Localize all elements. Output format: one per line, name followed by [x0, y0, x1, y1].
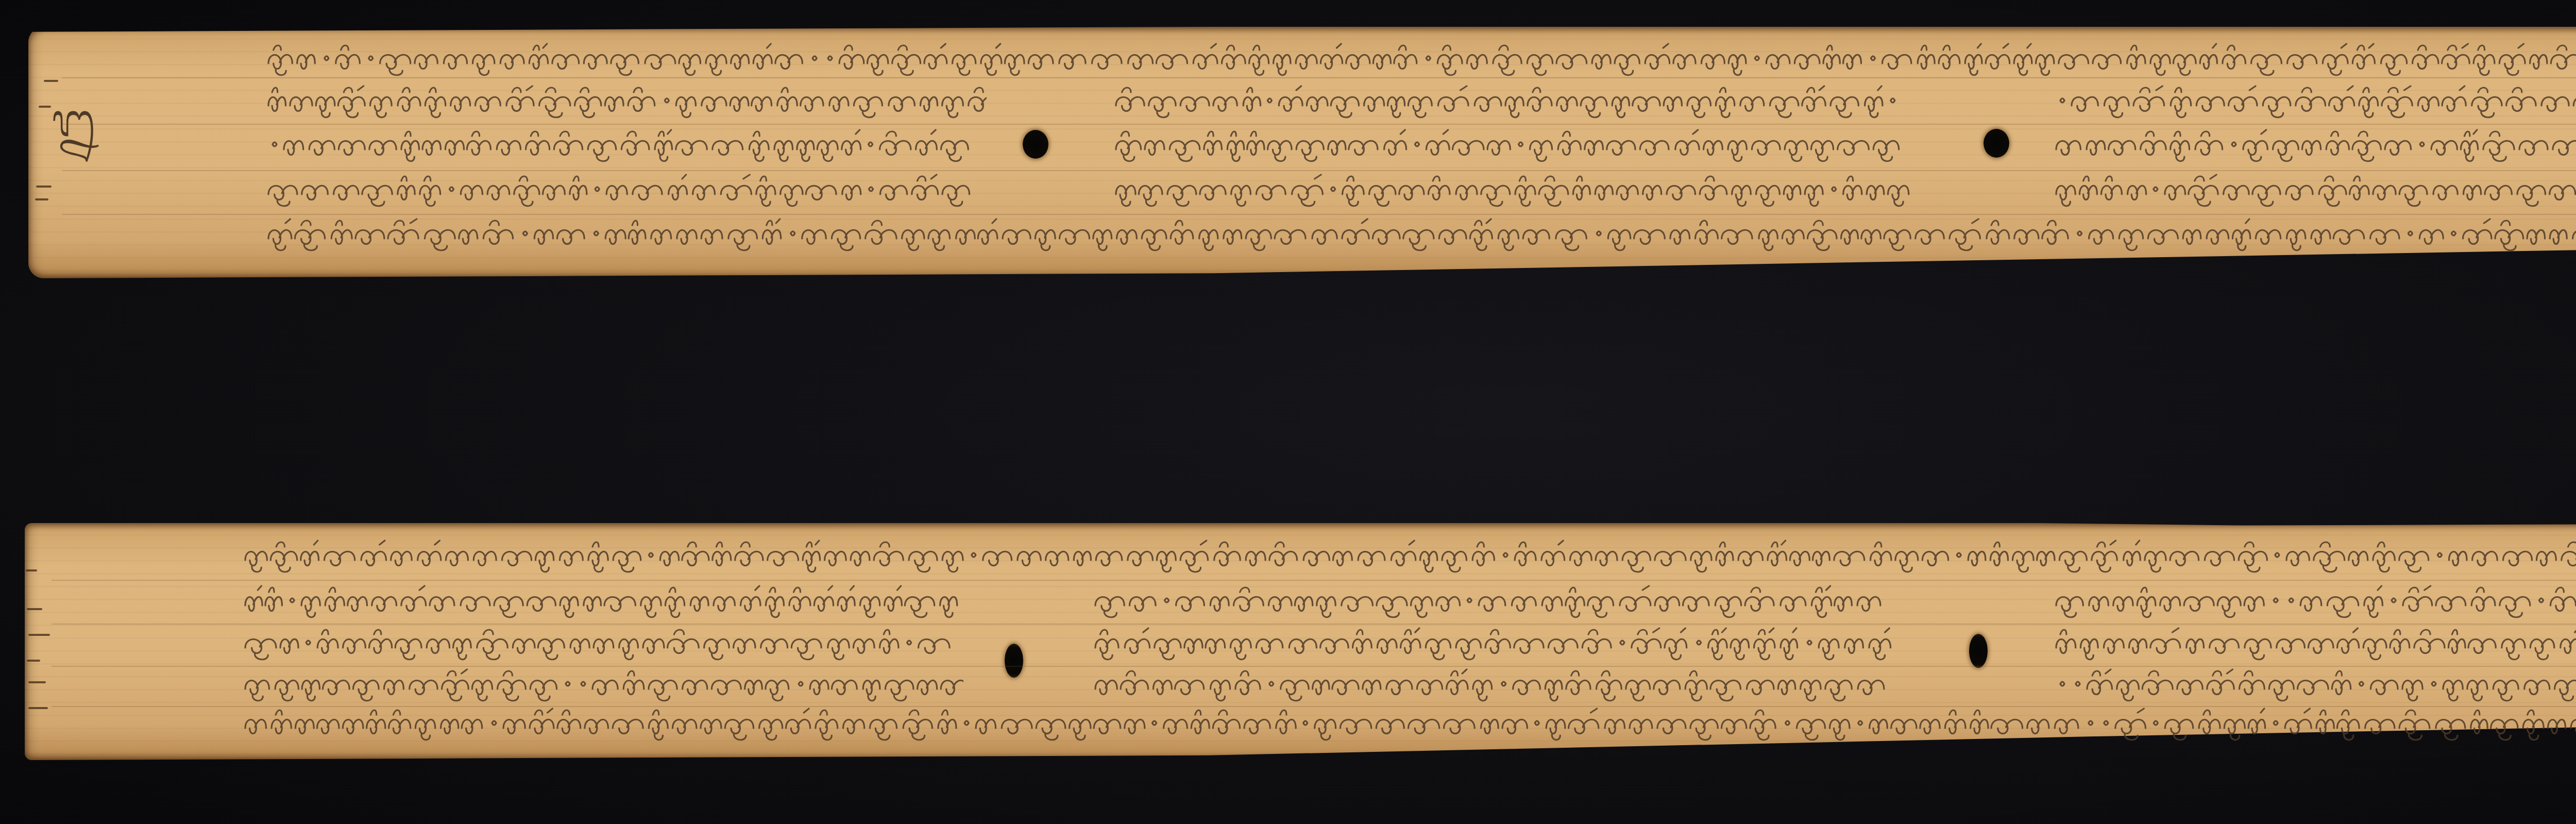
manuscript-text-line — [2053, 668, 2576, 704]
manuscript-text-line — [265, 218, 2576, 254]
manuscript-text-line — [1092, 627, 1901, 663]
handwriting-strokes — [1092, 627, 1901, 663]
handwriting-strokes — [1092, 585, 1901, 621]
handwriting-strokes — [242, 540, 2576, 576]
manuscript-text-line — [2053, 585, 2576, 621]
handwriting-strokes — [2053, 668, 2576, 704]
manuscript-text-line — [265, 85, 987, 121]
ruled-line — [62, 124, 2576, 125]
handwriting-strokes — [1113, 174, 1911, 210]
handwriting-strokes — [1113, 85, 1911, 121]
margin-mark — [26, 569, 37, 571]
manuscript-text-line — [242, 627, 963, 663]
ruled-line — [62, 214, 2576, 215]
manuscript-text-line — [1113, 129, 1911, 165]
manuscript-text-line — [242, 708, 2576, 744]
ruled-line — [52, 580, 2576, 581]
handwriting-strokes — [242, 585, 963, 621]
handwriting-strokes — [242, 708, 2576, 744]
handwriting-strokes — [2053, 585, 2576, 621]
binding-hole-left — [1023, 130, 1048, 159]
binding-hole-left — [1005, 644, 1023, 678]
handwriting-strokes — [2053, 85, 2576, 121]
handwriting-strokes — [242, 668, 963, 704]
manuscript-text-line — [242, 585, 963, 621]
handwriting-strokes — [265, 85, 987, 121]
manuscript-text-line — [265, 174, 987, 210]
manuscript-text-line — [2053, 627, 2576, 663]
binding-hole-right — [1969, 634, 1988, 668]
handwriting-strokes — [2053, 174, 2576, 210]
manuscript-text-line — [242, 540, 2576, 576]
margin-mark — [35, 198, 48, 200]
handwriting-strokes — [2053, 129, 2576, 165]
handwriting-strokes — [2053, 627, 2576, 663]
margin-mark — [27, 660, 40, 662]
manuscript-text-line — [1092, 668, 1901, 704]
manuscript-text-line — [265, 43, 2576, 79]
manuscript-text-line — [1092, 585, 1901, 621]
binding-hole-right — [1984, 129, 2009, 158]
manuscript-text-line — [265, 129, 987, 165]
margin-mark — [44, 80, 58, 82]
handwriting-strokes — [1092, 668, 1901, 704]
margin-mark — [28, 707, 48, 709]
leaf-number-numeral: ᭒ — [52, 88, 95, 171]
handwriting-strokes — [265, 218, 2576, 254]
ruled-line — [52, 666, 2576, 667]
manuscript-text-line — [242, 668, 963, 704]
manuscript-text-line — [1113, 174, 1911, 210]
ruled-line — [62, 170, 2576, 171]
handwriting-strokes — [1113, 129, 1911, 165]
ruled-line — [52, 624, 2576, 625]
margin-mark — [27, 608, 42, 610]
handwriting-strokes — [265, 43, 2576, 79]
manuscript-text-line — [1113, 85, 1911, 121]
margin-mark — [36, 186, 52, 188]
handwriting-strokes — [265, 174, 987, 210]
ruled-line — [52, 706, 2576, 707]
manuscript-text-line — [2053, 174, 2576, 210]
handwriting-strokes — [265, 129, 987, 165]
margin-mark — [28, 634, 50, 636]
manuscript-text-line — [2053, 129, 2576, 165]
manuscript-text-line — [2053, 85, 2576, 121]
margin-mark — [39, 106, 51, 108]
handwriting-strokes — [242, 627, 963, 663]
margin-mark — [28, 681, 46, 683]
